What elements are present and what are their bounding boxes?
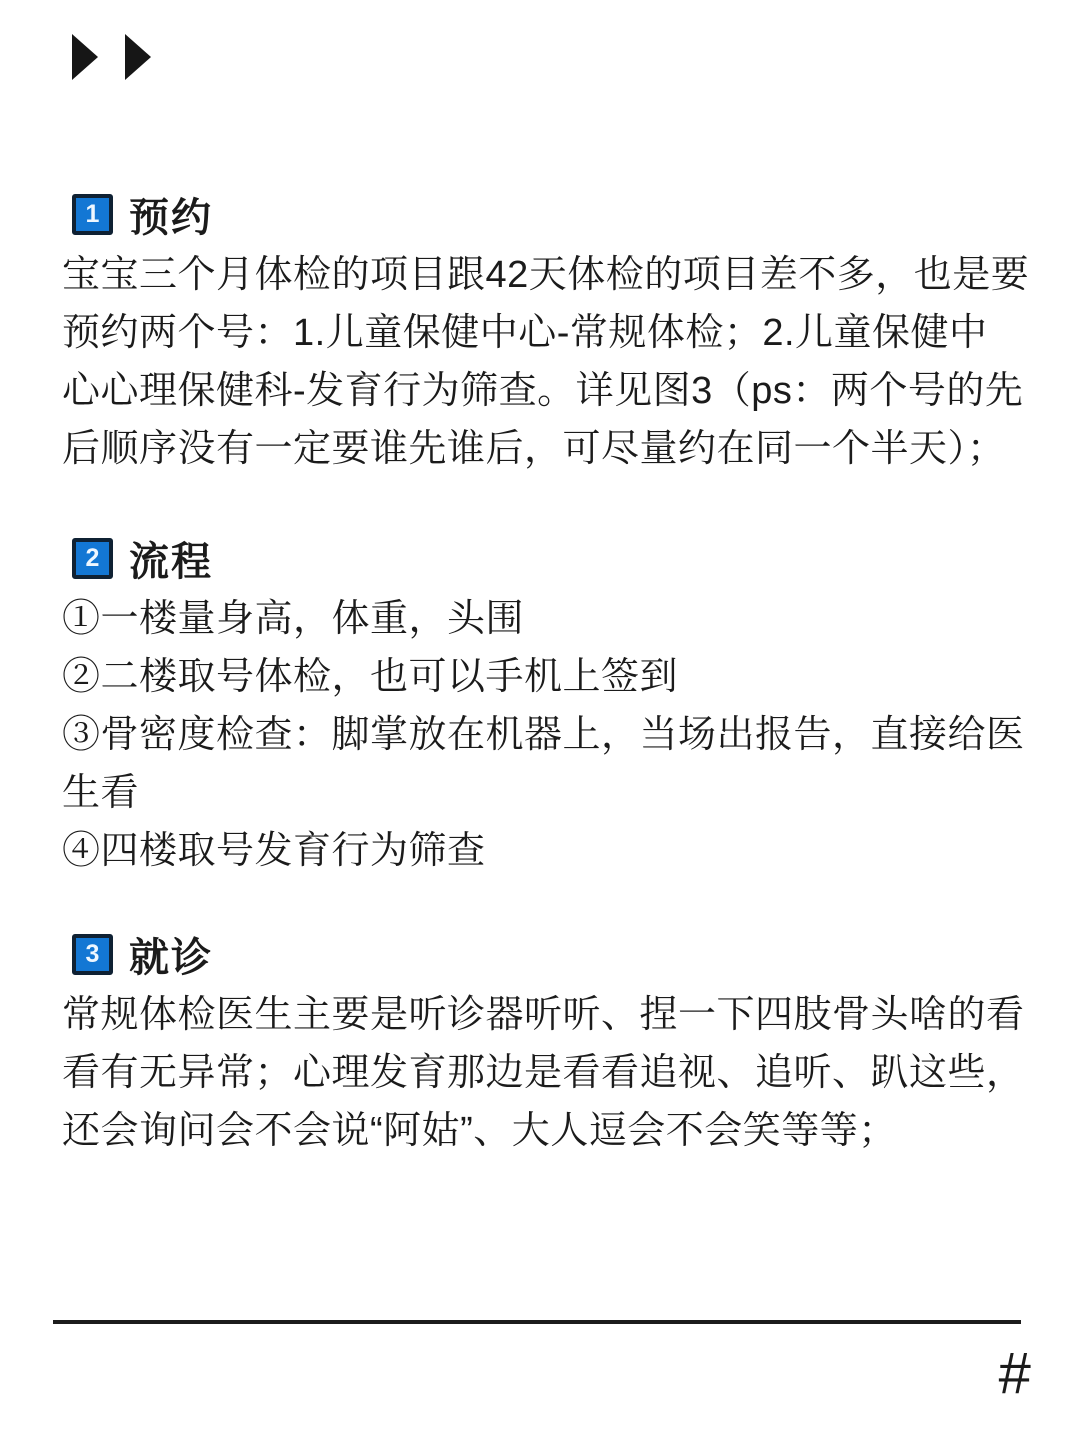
- section-header-visit: 3 就诊: [72, 926, 213, 983]
- section-number-badge: 1: [72, 194, 113, 235]
- list-item-continuation: 生看: [62, 764, 1020, 822]
- text-line: 心心理保健科-发育行为筛查。详见图3（ps：两个号的先: [62, 362, 1020, 420]
- list-item: ④四楼取号发育行为筛查: [62, 822, 1020, 880]
- play-triangle-icon: [72, 34, 98, 80]
- text-line: 还会询问会不会说“阿姑”、大人逗会不会笑等等；: [62, 1102, 1020, 1160]
- section-title: 就诊: [129, 926, 213, 983]
- decorative-arrows: [72, 34, 151, 80]
- footer-divider: [53, 1320, 1021, 1324]
- section-number-badge: 2: [72, 538, 113, 579]
- section-number-badge: 3: [72, 934, 113, 975]
- note-page: 1 预约 宝宝三个月体检的项目跟42天体检的项目差不多，也是要 预约两个号：1.…: [0, 0, 1080, 1443]
- list-item: ②二楼取号体检，也可以手机上签到: [62, 648, 1020, 706]
- visit-paragraph: 常规体检医生主要是听诊器听听、捏一下四肢骨头啥的看 看有无异常；心理发育那边是看…: [62, 986, 1020, 1160]
- text-line: 预约两个号：1.儿童保健中心-常规体检；2.儿童保健中: [62, 304, 1020, 362]
- play-triangle-icon: [125, 34, 151, 80]
- text-line: 后顺序没有一定要谁先谁后，可尽量约在同一个半天）；: [62, 420, 1020, 478]
- section-title: 预约: [129, 186, 213, 243]
- section-title: 流程: [129, 530, 213, 587]
- text-line: 常规体检医生主要是听诊器听听、捏一下四肢骨头啥的看: [62, 986, 1020, 1044]
- list-item: ①一楼量身高，体重，头围: [62, 590, 1020, 648]
- text-line: 宝宝三个月体检的项目跟42天体检的项目差不多，也是要: [62, 246, 1020, 304]
- list-item: ③骨密度检查：脚掌放在机器上，当场出报告，直接给医: [62, 706, 1020, 764]
- text-line: 看有无异常；心理发育那边是看看追视、追听、趴这些，: [62, 1044, 1020, 1102]
- appointment-paragraph: 宝宝三个月体检的项目跟42天体检的项目差不多，也是要 预约两个号：1.儿童保健中…: [62, 246, 1020, 478]
- hash-symbol: #: [998, 1340, 1030, 1407]
- section-header-appointment: 1 预约: [72, 186, 213, 243]
- process-list: ①一楼量身高，体重，头围 ②二楼取号体检，也可以手机上签到 ③骨密度检查：脚掌放…: [62, 590, 1020, 880]
- section-header-process: 2 流程: [72, 530, 213, 587]
